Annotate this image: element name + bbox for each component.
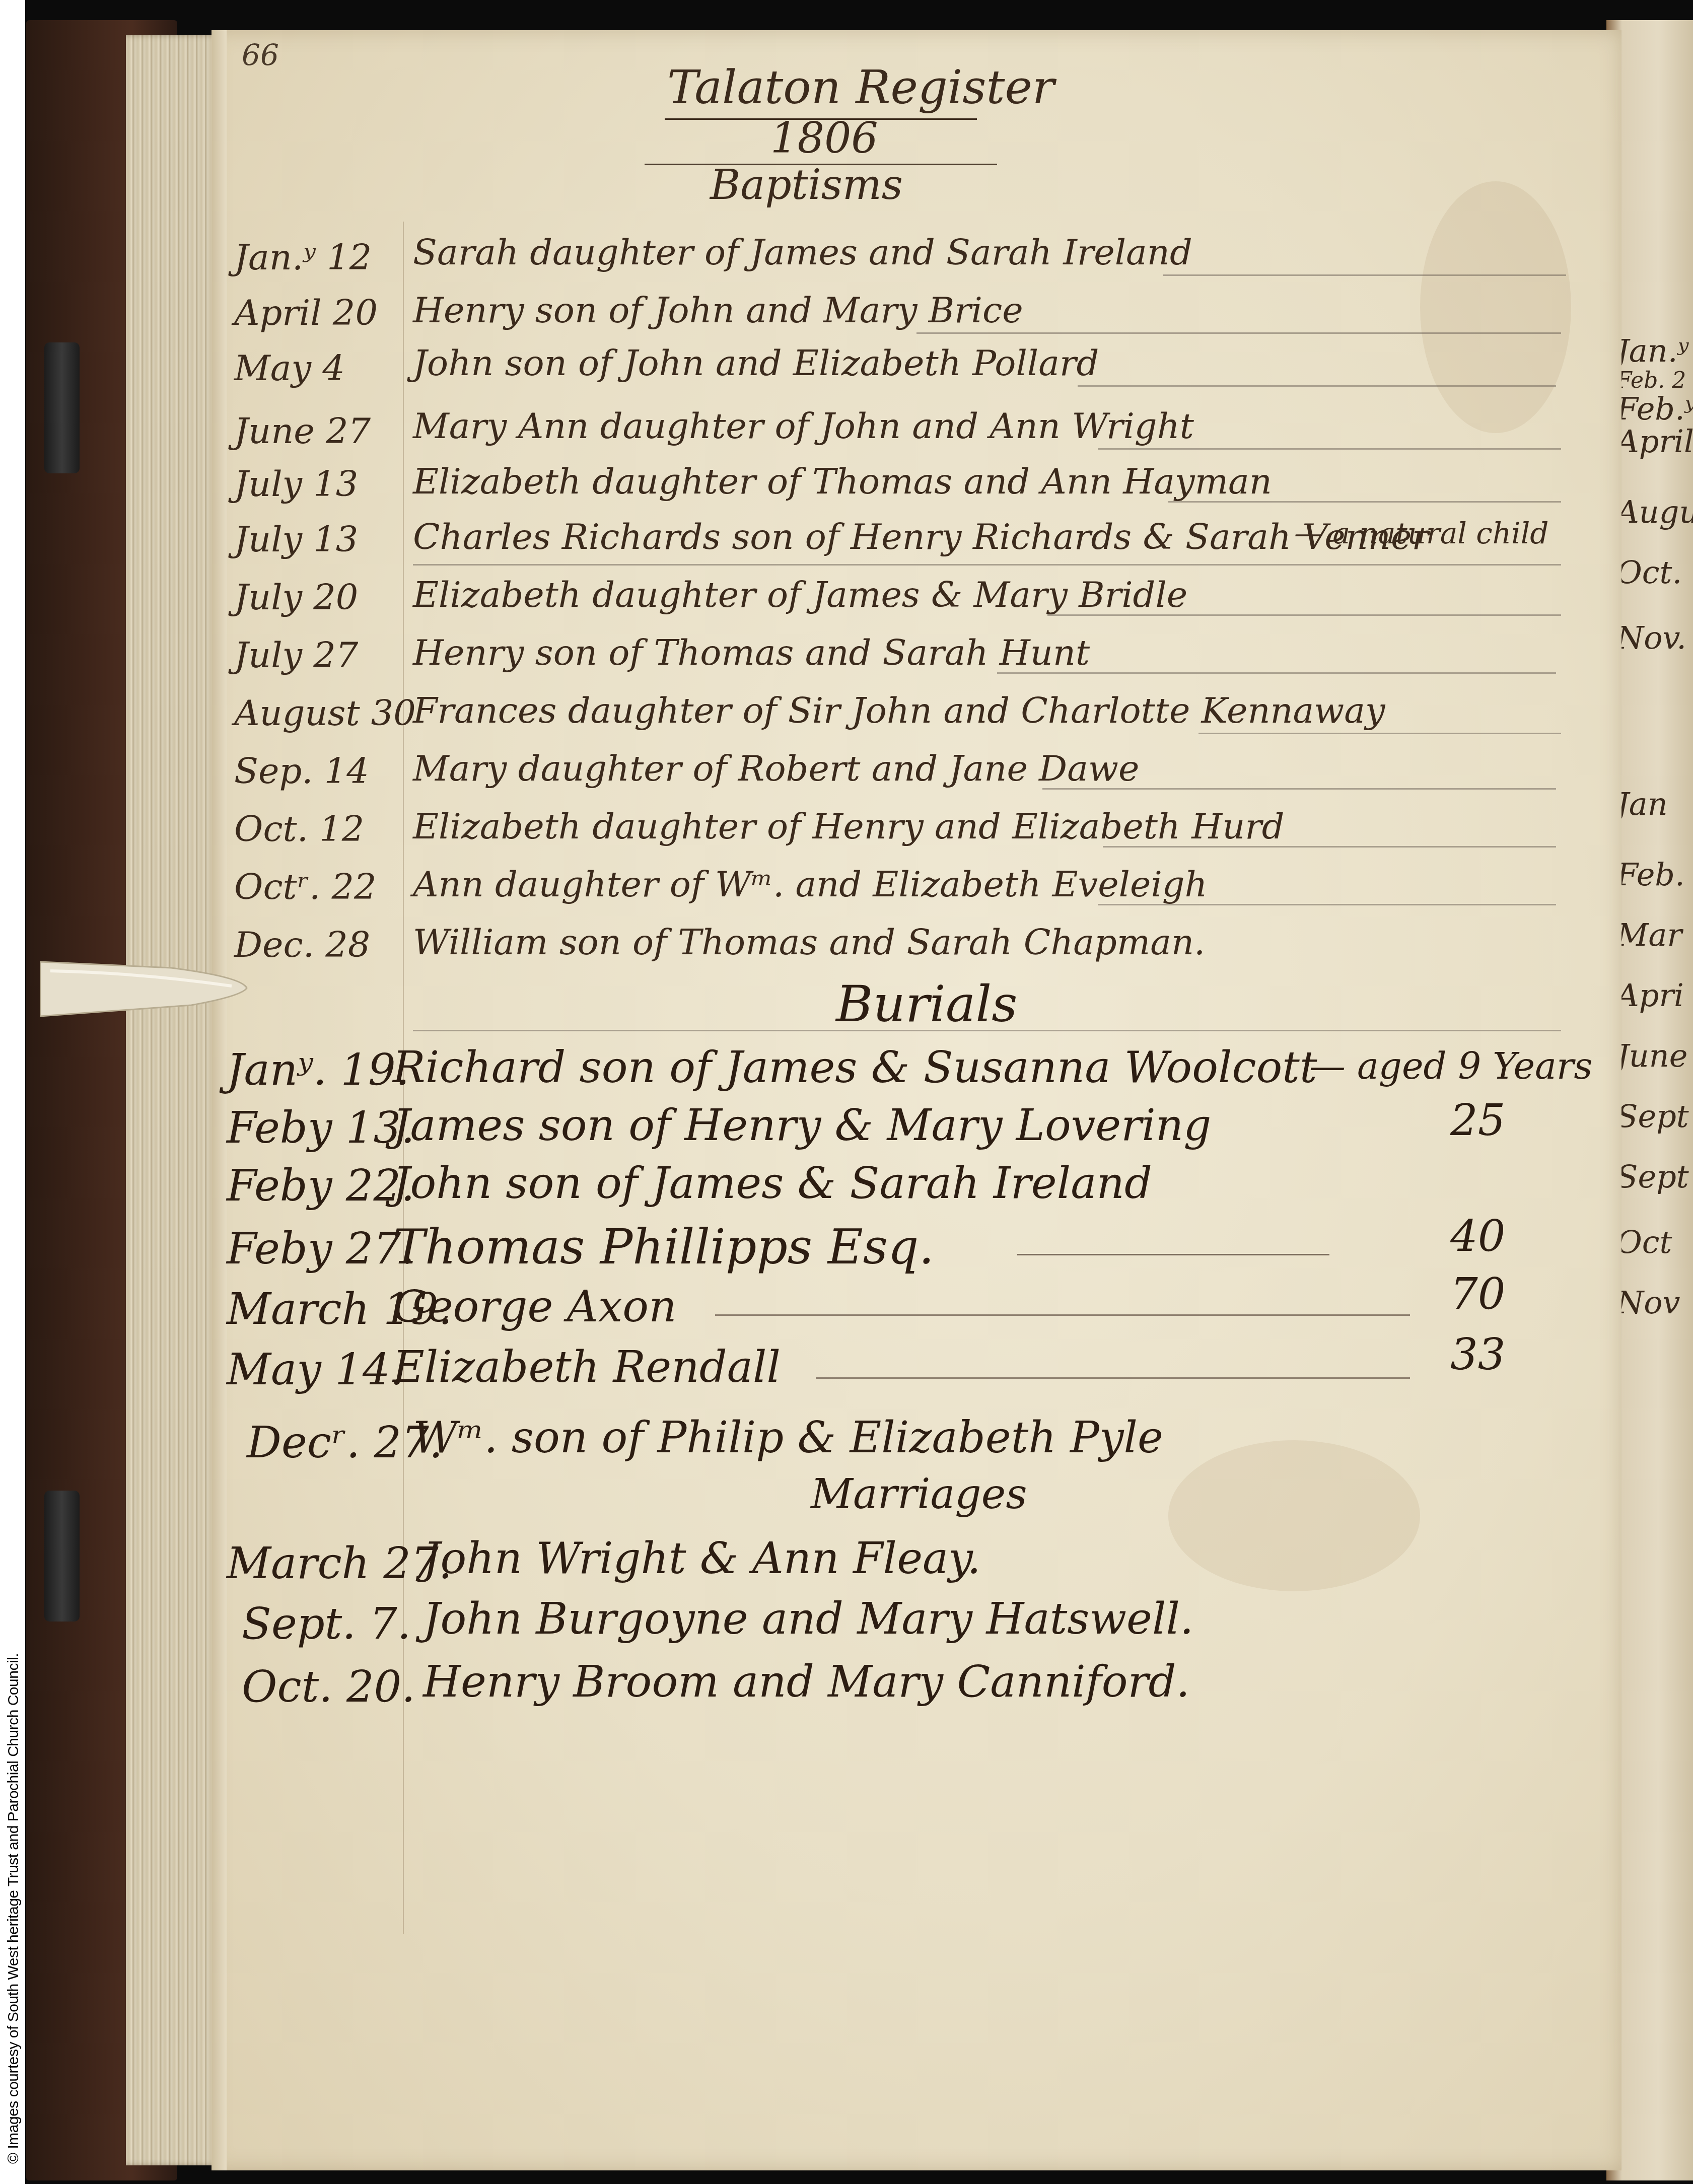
- ruled-line: [1198, 733, 1561, 734]
- burial-entry: John son of James & Sarah Ireland: [393, 1158, 1152, 1209]
- baptism-entry: Elizabeth daughter of Thomas and Ann Hay…: [413, 461, 1272, 502]
- burial-entry: James son of Henry & Mary Lovering: [393, 1100, 1211, 1151]
- burial-entry: Richard son of James & Susanna Woolcott: [393, 1042, 1317, 1093]
- marriage-entry: Henry Broom and Mary Canniford.: [423, 1657, 1190, 1707]
- burial-date: May 14.: [227, 1345, 404, 1395]
- baptism-date: Jan.ʸ 12: [234, 237, 372, 278]
- marriage-date: Sept. 7.: [242, 1599, 411, 1649]
- facing-date: Augu: [1616, 494, 1693, 530]
- facing-date: Jan: [1616, 786, 1668, 822]
- baptism-date: Oct. 12: [234, 808, 364, 850]
- ruled-line: [1078, 385, 1556, 387]
- baptism-entry: Henry son of Thomas and Sarah Hunt: [413, 632, 1090, 673]
- burial-age: 25: [1450, 1095, 1505, 1146]
- marriage-entry: John Wright & Ann Fleay.: [423, 1533, 981, 1584]
- burials-heading: Burials: [836, 974, 1018, 1033]
- credit-strip: © Images courtesy of South West heritage…: [0, 0, 25, 2184]
- book-clasp-upper: [44, 342, 80, 473]
- facing-date: June: [1616, 1037, 1687, 1074]
- facing-date: Feb.ʸ 2: [1616, 390, 1693, 427]
- baptism-entry: Mary daughter of Robert and Jane Dawe: [413, 748, 1139, 789]
- facing-date: April: [1616, 423, 1693, 460]
- baptism-entry: William son of Thomas and Sarah Chapman.: [413, 922, 1205, 963]
- baptism-date: May 4: [234, 347, 345, 389]
- marriage-date: Oct. 20.: [242, 1662, 415, 1712]
- register-page: 66 Talaton Register 1806 Baptisms Jan.ʸ …: [211, 30, 1621, 2170]
- book-clasp-lower: [44, 1491, 80, 1622]
- facing-date: Apri: [1616, 977, 1684, 1014]
- baptism-entry: John son of John and Elizabeth Pollard: [413, 342, 1099, 384]
- baptisms-heading: Baptisms: [710, 161, 903, 209]
- baptism-date: July 13: [234, 519, 358, 560]
- paper-stain: [1168, 1440, 1420, 1591]
- baptism-entry: Elizabeth daughter of Henry and Elizabet…: [413, 806, 1285, 847]
- ruled-line: [413, 564, 1561, 566]
- burial-entry: Thomas Phillipps Esq.: [393, 1219, 934, 1275]
- facing-date: Oct: [1616, 1224, 1672, 1260]
- paper-stain: [1420, 181, 1571, 433]
- baptism-note: — a natural child: [1294, 516, 1548, 550]
- facing-date: Mar: [1616, 917, 1682, 953]
- burial-age: — aged 9 Years: [1309, 1045, 1592, 1087]
- baptism-entry: Ann daughter of Wᵐ. and Elizabeth Evelei…: [413, 864, 1208, 905]
- baptism-date: Sep. 14: [234, 750, 369, 792]
- baptism-entry: Sarah daughter of James and Sarah Irelan…: [413, 232, 1192, 273]
- facing-date: Sept: [1616, 1098, 1689, 1135]
- ruled-line: [1047, 614, 1561, 616]
- burial-age: 70: [1450, 1269, 1505, 1319]
- dash-line: [1017, 1254, 1329, 1255]
- ruled-line: [997, 672, 1556, 674]
- burial-date: Feby 27.: [227, 1224, 415, 1274]
- ruled-line: [1098, 904, 1556, 905]
- burial-date: Janʸ. 19.: [227, 1045, 409, 1095]
- register-title: Talaton Register: [667, 60, 1054, 114]
- burial-age: 40: [1450, 1211, 1505, 1261]
- marriages-heading: Marriages: [811, 1470, 1027, 1518]
- baptism-date: June 27: [234, 410, 371, 452]
- baptism-entry: Frances daughter of Sir John and Charlot…: [413, 690, 1385, 731]
- baptism-entry: Charles Richards son of Henry Richards &…: [413, 516, 1429, 557]
- ruled-line: [916, 332, 1561, 334]
- baptism-date: July 27: [234, 635, 358, 676]
- dash-line: [816, 1377, 1410, 1379]
- burial-entry: Elizabeth Rendall: [393, 1342, 781, 1392]
- dash-line: [715, 1314, 1410, 1316]
- burial-entry: Wᵐ. son of Philip & Elizabeth Pyle: [413, 1413, 1163, 1463]
- baptism-entry: Mary Ann daughter of John and Ann Wright: [413, 405, 1194, 447]
- facing-date: Feb. 2: [1616, 368, 1686, 393]
- image-credit: © Images courtesy of South West heritage…: [5, 1653, 22, 2164]
- ruled-line: [1103, 846, 1556, 848]
- bone-folder-bookmark: [40, 957, 252, 1017]
- facing-date: Nov.: [1616, 619, 1686, 656]
- burial-age: 33: [1450, 1329, 1505, 1380]
- facing-date: Sept: [1616, 1158, 1689, 1195]
- baptism-date: August 30: [234, 692, 416, 734]
- ruled-line: [1168, 501, 1561, 503]
- ruled-line: [1163, 274, 1566, 276]
- baptism-date: April 20: [234, 292, 378, 333]
- ruled-line: [1042, 788, 1556, 790]
- page-number: 66: [242, 38, 279, 72]
- baptism-date: July 13: [234, 463, 358, 505]
- burial-date: Feby 13.: [227, 1103, 415, 1153]
- facing-date: Feb.: [1616, 856, 1685, 893]
- baptism-entry: Henry son of John and Mary Brice: [413, 290, 1023, 331]
- burial-entry: George Axon: [393, 1282, 677, 1332]
- burial-date: Feby 22.: [227, 1161, 415, 1211]
- baptism-entry: Elizabeth daughter of James & Mary Bridl…: [413, 574, 1187, 615]
- baptism-date: Octʳ. 22: [234, 866, 377, 907]
- ruled-line: [1098, 448, 1561, 450]
- facing-date: Nov: [1616, 1284, 1680, 1321]
- ruled-line: [413, 1030, 1561, 1031]
- facing-date: Jan.ʸ 2: [1616, 332, 1693, 369]
- register-year: 1806: [770, 113, 878, 163]
- baptism-date: July 20: [234, 577, 358, 618]
- facing-date: Oct.: [1616, 554, 1682, 591]
- marriage-entry: John Burgoyne and Mary Hatswell.: [423, 1594, 1193, 1644]
- baptism-date: Dec. 28: [234, 924, 370, 965]
- marriage-date: March 27.: [227, 1538, 452, 1589]
